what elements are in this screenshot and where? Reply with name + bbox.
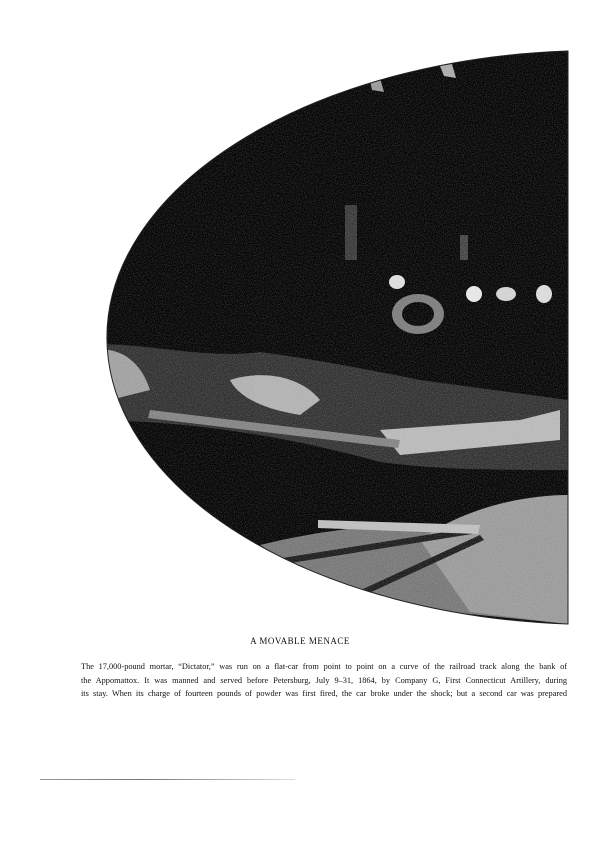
figure-caption-body: The 17,000-pound mortar, “Dictator,” was… [81, 660, 567, 701]
caption-line: The 17,000-pound mortar, “Dictator,” was… [81, 660, 567, 674]
mortar-dictator-photograph [0, 0, 600, 848]
horizontal-rule [40, 779, 295, 780]
caption-line: the Appomattox. It was manned and served… [81, 674, 567, 688]
figure-caption-title: A MOVABLE MENACE [0, 636, 600, 646]
caption-line: its stay. When its charge of fourteen po… [81, 687, 567, 701]
